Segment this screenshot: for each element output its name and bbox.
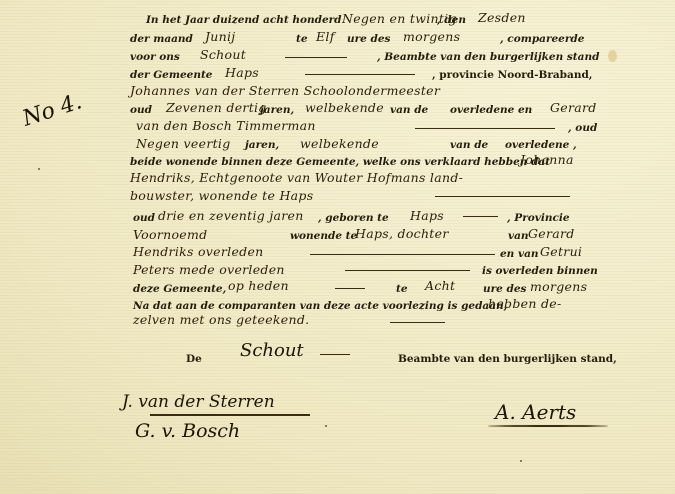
handwritten-daypart: morgens bbox=[403, 29, 460, 44]
printed-text: oud bbox=[133, 212, 155, 224]
printed-text: beide wonende binnen deze Gemeente, welk… bbox=[130, 156, 550, 168]
printed-text: is overleden binnen bbox=[482, 265, 598, 277]
signature-flourish bbox=[488, 425, 608, 427]
printed-text: en bbox=[518, 104, 532, 116]
fill-line bbox=[390, 322, 445, 323]
fill-line bbox=[305, 74, 415, 75]
handwritten-text: hebben de- bbox=[488, 296, 562, 311]
handwritten-age1: Zevenen dertig bbox=[166, 100, 267, 115]
printed-text: voor ons bbox=[130, 51, 180, 63]
handwritten-mother-first: Getrui bbox=[540, 244, 582, 259]
fill-line bbox=[285, 57, 347, 58]
handwritten-deceased: Hendriks, Echtgenoote van Wouter Hofmans… bbox=[130, 170, 463, 185]
printed-text: der Gemeente bbox=[130, 69, 213, 81]
handwritten-occupation-residence: bouwster, wonende te Haps bbox=[130, 188, 313, 203]
printed-text: Beambte van den burgerlijken stand, bbox=[398, 353, 617, 365]
paper-speck bbox=[38, 168, 40, 170]
handwritten-witness2-first: Gerard bbox=[550, 100, 597, 115]
paper-speck bbox=[520, 460, 522, 462]
printed-text: van de bbox=[450, 139, 488, 151]
signature-witness1: J. van der Sterren bbox=[122, 392, 275, 412]
handwritten-witness1: Johannes van der Sterren Schoolondermees… bbox=[130, 83, 440, 98]
fill-line bbox=[463, 216, 498, 217]
handwritten-title: Schout bbox=[200, 47, 246, 62]
printed-text: jaren, bbox=[260, 104, 294, 116]
certificate-page: No 4. In het Jaar duizend acht honderd N… bbox=[0, 0, 675, 494]
handwritten-age-deceased: drie en zeventig jaren bbox=[158, 208, 304, 223]
printed-text: oud bbox=[130, 104, 152, 116]
printed-text: van bbox=[508, 230, 529, 242]
printed-text: en van bbox=[500, 248, 539, 260]
handwritten-when: op heden bbox=[228, 278, 289, 293]
handwritten-deceased-first: Johanna bbox=[520, 152, 574, 167]
printed-text: Na dat aan de comparanten van deze acte … bbox=[133, 300, 507, 312]
margin-record-number: No 4. bbox=[20, 89, 85, 131]
printed-text: overledene , bbox=[505, 139, 577, 151]
fill-line bbox=[345, 270, 470, 271]
handwritten-age2: Negen veertig bbox=[136, 136, 231, 151]
handwritten-hour: Elf bbox=[316, 29, 335, 44]
handwritten-month: Junij bbox=[205, 29, 236, 44]
printed-text: overledene bbox=[450, 104, 514, 116]
handwritten-municipality: Haps bbox=[225, 65, 259, 80]
printed-text: , compareerde bbox=[500, 33, 584, 45]
printed-text: In het Jaar duizend acht honderd bbox=[146, 14, 342, 26]
handwritten-relation: welbekende bbox=[300, 136, 379, 151]
signature-official: A. Aerts bbox=[495, 400, 576, 424]
printed-text: deze Gemeente, bbox=[133, 283, 226, 295]
printed-text: ure des bbox=[483, 283, 526, 295]
printed-text: , geboren te bbox=[318, 212, 389, 224]
handwritten-text: zelven met ons geteekend. bbox=[133, 312, 309, 327]
printed-text: jaren, bbox=[245, 139, 279, 151]
paper-speck bbox=[325, 425, 327, 427]
fill-line bbox=[335, 288, 365, 289]
fill-line bbox=[310, 254, 495, 255]
printed-text: wonende te bbox=[290, 230, 357, 242]
fill-line bbox=[415, 128, 555, 129]
signature-witness2: G. v. Bosch bbox=[135, 420, 240, 442]
handwritten-relation: welbekende bbox=[305, 100, 384, 115]
fill-line bbox=[320, 354, 350, 355]
printed-text: , provincie Noord-Braband, bbox=[432, 69, 592, 81]
printed-text: , oud bbox=[568, 122, 597, 134]
printed-text: De bbox=[186, 353, 202, 365]
handwritten-mother: Peters mede overleden bbox=[133, 262, 285, 277]
handwritten-father-first: Gerard bbox=[528, 226, 575, 241]
handwritten-residence: Haps, dochter bbox=[355, 226, 449, 241]
handwritten-father: Hendriks overleden bbox=[133, 244, 264, 259]
handwritten-birthplace: Haps bbox=[410, 208, 444, 223]
handwritten-day: Zesden bbox=[478, 10, 526, 25]
printed-text: te bbox=[396, 283, 408, 295]
printed-text: , Beambte van den burgerlijken stand bbox=[377, 51, 599, 63]
printed-text: ure des bbox=[347, 33, 390, 45]
handwritten-witness2: van den Bosch Timmerman bbox=[136, 118, 316, 133]
printed-text: te bbox=[296, 33, 308, 45]
handwritten-daypart: morgens bbox=[530, 279, 587, 294]
handwritten-province: Voornoemd bbox=[133, 227, 207, 242]
handwritten-title: Schout bbox=[240, 340, 304, 361]
fill-line bbox=[435, 196, 570, 197]
printed-text: , den bbox=[437, 14, 466, 26]
printed-text: der maand bbox=[130, 33, 193, 45]
printed-text: , Provincie bbox=[507, 212, 570, 224]
printed-text: van de bbox=[390, 104, 428, 116]
signature-flourish bbox=[150, 414, 310, 416]
handwritten-hour-death: Acht bbox=[425, 278, 455, 293]
paper-stain bbox=[608, 50, 617, 62]
